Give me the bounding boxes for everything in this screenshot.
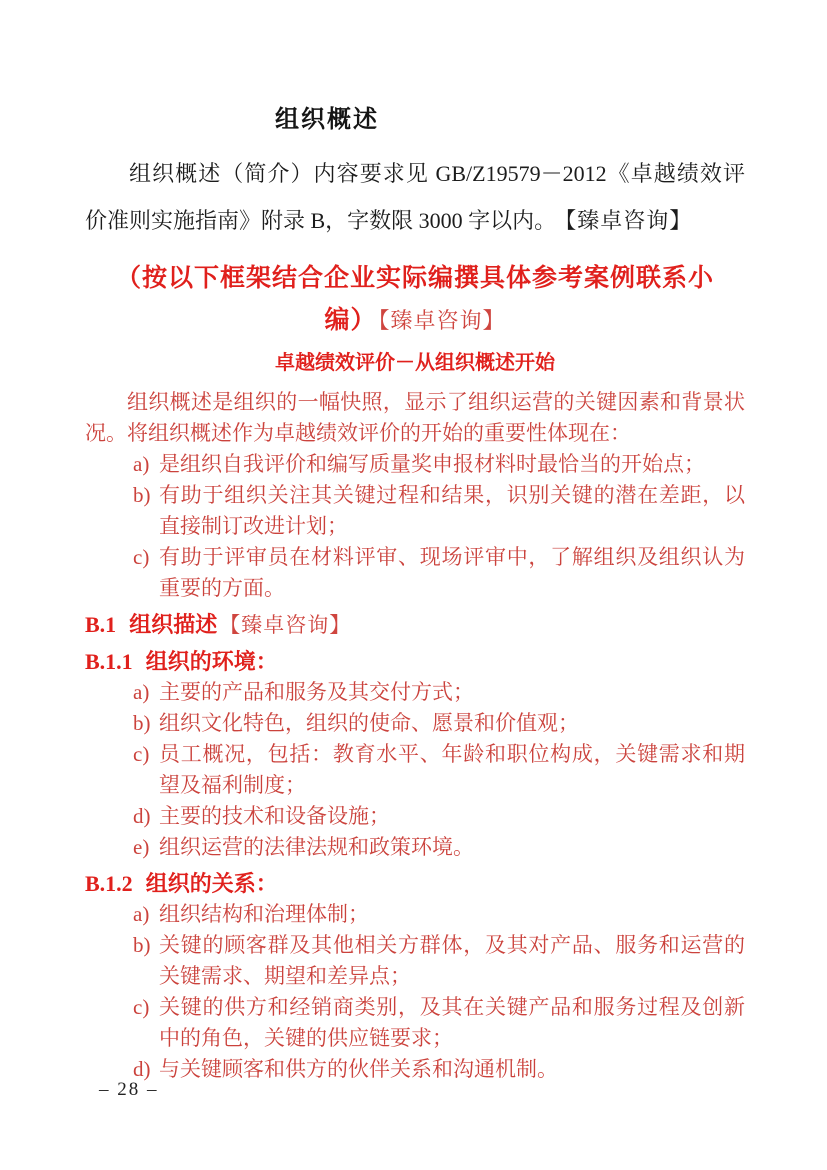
list-text: 关键的顾客群及其他相关方群体，及其对产品、服务和运营的关键需求、期望和差异点； bbox=[159, 930, 745, 992]
list-item: c) 有助于评审员在材料评审、现场评审中，了解组织及组织认为重要的方面。 bbox=[85, 542, 745, 604]
section-number: B.1 bbox=[85, 612, 116, 637]
notice-line-2: 编）【臻卓咨询】 bbox=[85, 299, 745, 342]
section-b12-list: a) 组织结构和治理体制； b) 关键的顾客群及其他相关方群体，及其对产品、服务… bbox=[85, 899, 745, 1085]
intro-paragraph: 组织概述（简介）内容要求见 GB/Z19579－2012《卓越绩效评价准则实施指… bbox=[85, 150, 745, 244]
list-marker: b) bbox=[133, 930, 159, 992]
section-heading-b12: B.1.2组织的关系： bbox=[85, 868, 745, 899]
list-text: 有助于评审员在材料评审、现场评审中，了解组织及组织认为重要的方面。 bbox=[159, 542, 745, 604]
list-marker: c) bbox=[133, 992, 159, 1054]
section-title: 组织描述 bbox=[129, 612, 217, 637]
list-item: c) 关键的供方和经销商类别，及其在关键产品和服务过程及创新中的角色，关键的供应… bbox=[85, 992, 745, 1054]
list-marker: b) bbox=[133, 708, 159, 739]
list-text: 员工概况，包括：教育水平、年龄和职位构成，关键需求和期望及福利制度； bbox=[159, 739, 745, 801]
section-heading-b11: B.1.1组织的环境： bbox=[85, 646, 745, 677]
list-marker: a) bbox=[133, 677, 159, 708]
page-title: 组织概述 bbox=[275, 104, 745, 136]
notice-line-2-text: 编） bbox=[324, 306, 376, 334]
section-title: 组织的环境： bbox=[146, 649, 278, 674]
list-item: a) 主要的产品和服务及其交付方式； bbox=[85, 677, 745, 708]
list-item: b) 有助于组织关注其关键过程和结果，识别关键的潜在差距，以直接制订改进计划； bbox=[85, 480, 745, 542]
page-number: – 28 – bbox=[99, 1079, 159, 1101]
list-text: 组织运营的法律法规和政策环境。 bbox=[159, 832, 745, 863]
consult-tag-black: 【臻卓咨询】 bbox=[565, 208, 692, 233]
list-item: b) 组织文化特色，组织的使命、愿景和价值观； bbox=[85, 708, 745, 739]
consult-tag-red: 【臻卓咨询】 bbox=[219, 613, 351, 637]
list-text: 主要的技术和设备设施； bbox=[159, 801, 745, 832]
list-marker: a) bbox=[133, 449, 159, 480]
list-item: e) 组织运营的法律法规和政策环境。 bbox=[85, 832, 745, 863]
list-text: 与关键顾客和供方的伙伴关系和沟通机制。 bbox=[159, 1054, 745, 1085]
list-item: a) 是组织自我评价和编写质量奖申报材料时最恰当的开始点； bbox=[85, 449, 745, 480]
list-item: a) 组织结构和治理体制； bbox=[85, 899, 745, 930]
section-title: 组织的关系： bbox=[146, 871, 278, 896]
list-text: 组织文化特色，组织的使命、愿景和价值观； bbox=[159, 708, 745, 739]
list-text: 是组织自我评价和编写质量奖申报材料时最恰当的开始点； bbox=[159, 449, 745, 480]
notice-heading: （按以下框架结合企业实际编撰具体参考案例联系小 编）【臻卓咨询】 bbox=[85, 257, 745, 342]
list-item: d) 主要的技术和设备设施； bbox=[85, 801, 745, 832]
list-marker: d) bbox=[133, 801, 159, 832]
list-text: 主要的产品和服务及其交付方式； bbox=[159, 677, 745, 708]
list-marker: c) bbox=[133, 542, 159, 604]
document-page: 组织概述 组织概述（简介）内容要求见 GB/Z19579－2012《卓越绩效评价… bbox=[0, 0, 827, 1170]
section-number: B.1.2 bbox=[85, 871, 133, 896]
section-b11-list: a) 主要的产品和服务及其交付方式； b) 组织文化特色，组织的使命、愿景和价值… bbox=[85, 677, 745, 863]
list-item: d) 与关键顾客和供方的伙伴关系和沟通机制。 bbox=[85, 1054, 745, 1085]
overview-list: a) 是组织自我评价和编写质量奖申报材料时最恰当的开始点； b) 有助于组织关注… bbox=[85, 449, 745, 604]
list-text: 有助于组织关注其关键过程和结果，识别关键的潜在差距，以直接制订改进计划； bbox=[159, 480, 745, 542]
list-item: b) 关键的顾客群及其他相关方群体，及其对产品、服务和运营的关键需求、期望和差异… bbox=[85, 930, 745, 992]
document-subtitle: 卓越绩效评价－从组织概述开始 bbox=[85, 349, 745, 377]
list-marker: e) bbox=[133, 832, 159, 863]
section-heading-b1: B.1组织描述【臻卓咨询】 bbox=[85, 609, 745, 641]
list-marker: a) bbox=[133, 899, 159, 930]
overview-paragraph: 组织概述是组织的一幅快照，显示了组织运营的关键因素和背景状况。将组织概述作为卓越… bbox=[85, 387, 745, 449]
list-text: 组织结构和治理体制； bbox=[159, 899, 745, 930]
consult-tag-red: 【臻卓咨询】 bbox=[379, 308, 506, 333]
list-marker: b) bbox=[133, 480, 159, 542]
notice-line-1: （按以下框架结合企业实际编撰具体参考案例联系小 bbox=[85, 257, 745, 299]
list-text: 关键的供方和经销商类别，及其在关键产品和服务过程及创新中的角色，关键的供应链要求… bbox=[159, 992, 745, 1054]
list-item: c) 员工概况，包括：教育水平、年龄和职位构成，关键需求和期望及福利制度； bbox=[85, 739, 745, 801]
list-marker: c) bbox=[133, 739, 159, 801]
section-number: B.1.1 bbox=[85, 649, 133, 674]
